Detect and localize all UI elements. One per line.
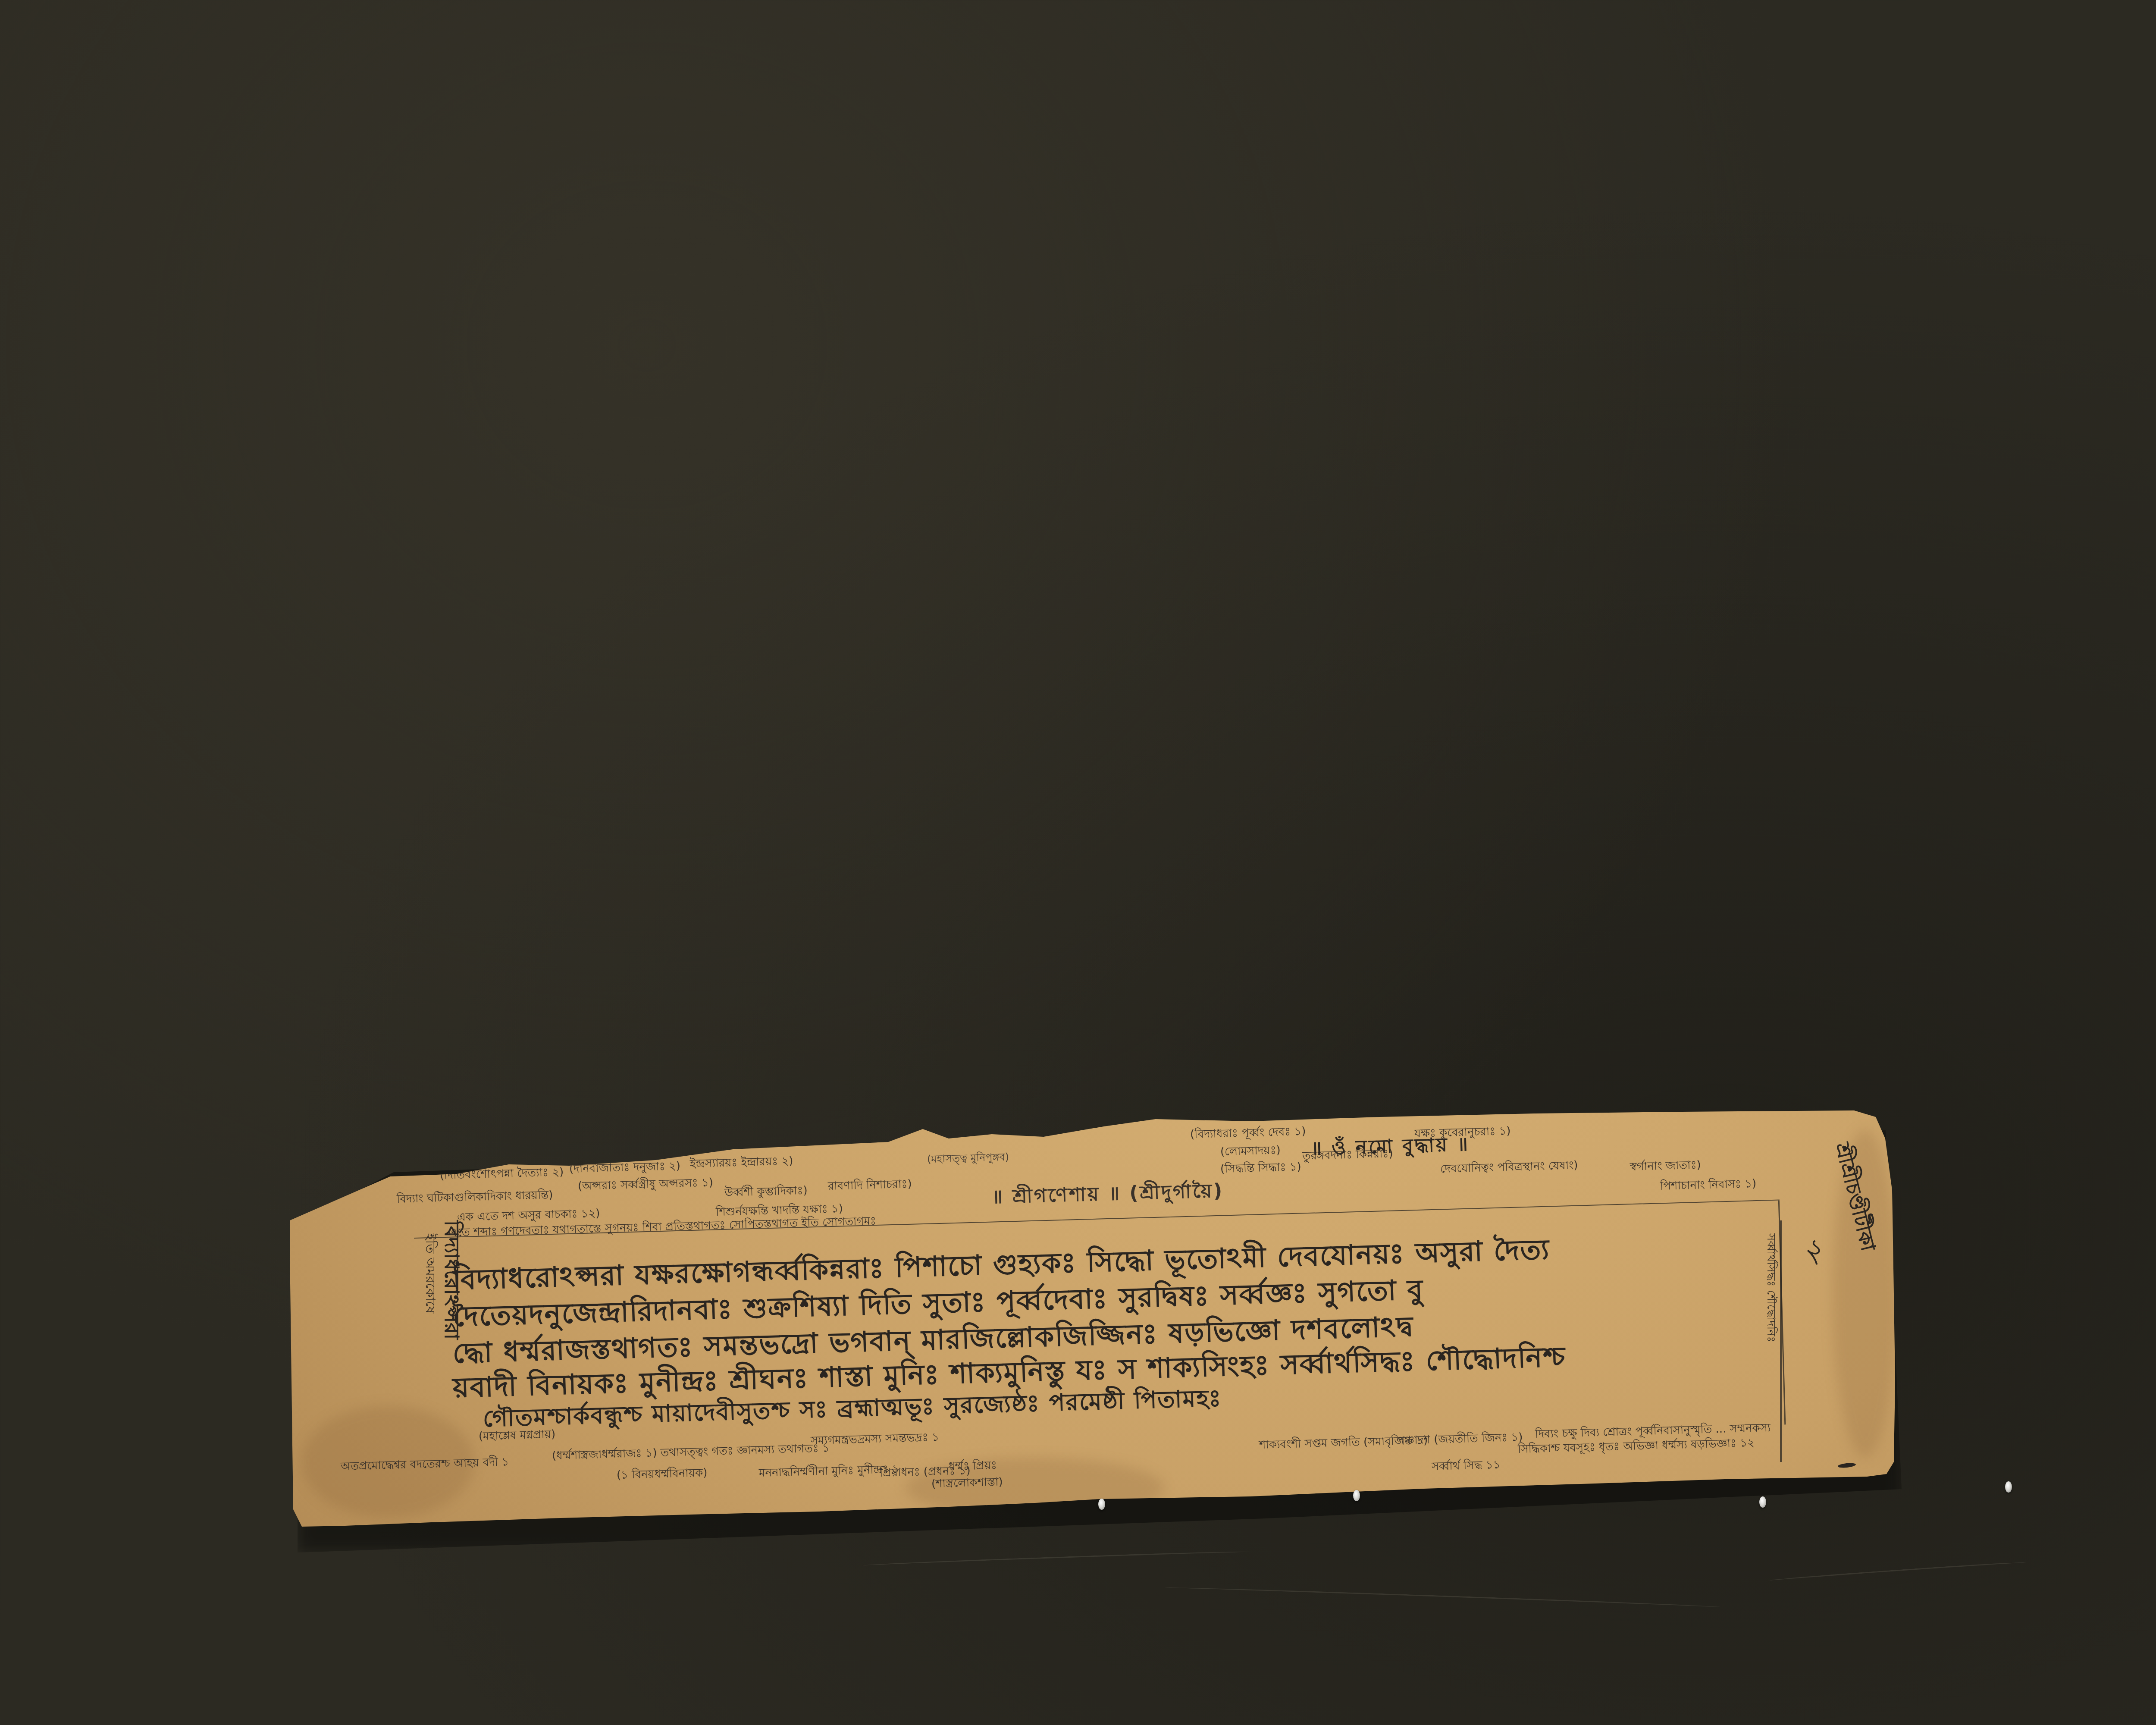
right-margin-gloss: সর্ব্বার্থসিদ্ধঃ শৌদ্ধোদনিঃ (1761, 1233, 1780, 1342)
gloss: পিশাচানাং নিবাসঃ ১) (1660, 1175, 1757, 1196)
gloss: স্বর্গানাং জাতাঃ) (1630, 1156, 1701, 1177)
gloss: (বিদ্যাধরাঃ পূর্ব্বং দেবঃ ১) (1190, 1123, 1306, 1145)
folio-number: ২ (1796, 1225, 1832, 1280)
backing-crease (862, 1550, 1250, 1567)
backing-crease (1768, 1561, 2026, 1583)
gloss: সম্যগমন্ত্রভদ্রমস্য সমন্তভদ্রঃ ১ (810, 1428, 939, 1451)
gloss: উর্ব্বশী কুম্ভাদিকাঃ) (724, 1182, 808, 1203)
manuscript-leaf: ইতি অমরকোষে বিদ্যাধরোঽপ্সরা (দিতিবংশোৎপন… (0, 0, 2156, 1725)
gloss: (১ বিনয়ধর্ম্মবিনায়ক) (616, 1464, 708, 1485)
mounting-pin (1353, 1490, 1360, 1501)
backing-crease (1164, 1586, 1725, 1609)
gloss: (অপ্সরাঃ সর্ব্বস্ত্রীষু অপ্সরসঃ ১) (577, 1173, 713, 1196)
gloss: (মহাশ্লেষ মগ্নপ্রায়) (478, 1425, 555, 1446)
gloss: ইন্দ্রস্যারয়ঃ ইন্দ্রারয়ঃ ২) (689, 1152, 793, 1174)
upper-margin-line: ॥ শ্রীগণেশায় ॥ (শ্রীদুর্গায়ৈ) (991, 1176, 1224, 1214)
gloss: সর্ব্বার্থ সিদ্ধ ১১ (1431, 1456, 1501, 1477)
gloss: (মহাসত্ত্ব মুনিপুঙ্গব) (927, 1149, 1009, 1169)
mounting-pin (1759, 1496, 1766, 1508)
gloss: মননাদ্ধনির্ম্মণীনা মুনিঃ মুনীন্দ্রঃ ১ (758, 1460, 899, 1483)
gloss: রাবণাদি নিশাচরাঃ) (827, 1175, 912, 1196)
gloss: বিদ্যাং ঘটিকাগুলিকাদিকাং ধারয়ন্তি) (396, 1186, 553, 1209)
mounting-pin (1098, 1499, 1105, 1510)
gloss: (দিতিবংশোৎপন্না দৈত্যাঃ ২) (439, 1163, 564, 1186)
gloss: (সিদ্ধন্তি সিদ্ধাঃ ১) (1220, 1158, 1301, 1179)
mounting-pin (2005, 1481, 2012, 1493)
ink-smudge (1838, 1462, 1856, 1468)
gloss: পঞ্চাদশ (জয়তীতি জিনঃ ১) (1397, 1428, 1523, 1451)
top-margin-heading: ॥ ওঁ নমো বুদ্ধায় ॥ (1310, 1130, 1470, 1166)
gloss: (শাস্ত্রলোকশাস্তা) (931, 1473, 1003, 1494)
